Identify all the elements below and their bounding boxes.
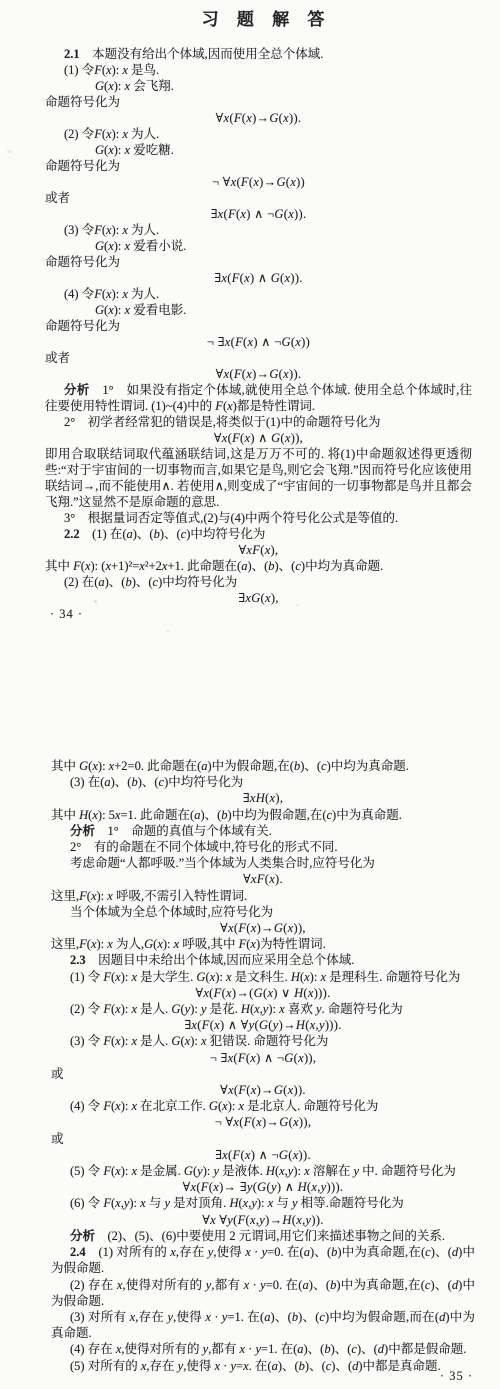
page-number-35: · 35 · <box>440 1369 473 1384</box>
formula-line: ¬ ∀x(F(x)→G(x)), <box>51 1114 475 1130</box>
text-line: (3) 令F(x): x 为人. <box>45 222 472 238</box>
text-line: (3) 对所有 x,存在 y,使得 x · y=1. 在(a)、(b)、(c)中… <box>51 1309 475 1341</box>
formula-line: ¬ ∀x(F(x)→G(x)) <box>45 174 472 190</box>
page-gap <box>0 634 500 758</box>
page-35-text-block: 其中 G(x): x+2=0. 此命题在(a)中为假命题,在(b)、(c)中均为… <box>51 758 475 1374</box>
bold-label: 分析 <box>70 824 95 838</box>
text-line: 命题符号化为 <box>45 158 472 174</box>
page-34: 习 题 解 答 2.1 本题没有给出个体域,因而使用全总个体域.(1) 令F(x… <box>0 0 500 634</box>
text-line: (1) 令F(x): x 是鸟. <box>45 62 472 78</box>
text-line: (5) 对所有的 x,存在 y,使得 x · y=x. 在(a)、(b)、(c)… <box>51 1358 475 1374</box>
text-line: G(x): x 会飞翔. <box>45 78 472 94</box>
scan-artifact <box>94 600 97 603</box>
text-line: G(x): x 爱看小说. <box>45 238 472 254</box>
text-line: 或 <box>51 1131 475 1147</box>
formula-line: ¬ ∃x(F(x) ∧ ¬G(x)) <box>45 334 472 350</box>
text-line: 命题符号化为 <box>45 254 472 270</box>
text-line: 2° 有的命题在不同个体域中,符号化的形式不同. <box>51 839 475 855</box>
formula-line: ∀xF(x). <box>51 871 475 887</box>
bold-label: 2.3 <box>70 953 86 967</box>
formula-line: ¬ ∃x(F(x) ∧ ¬G(x)), <box>51 1050 475 1066</box>
bold-label: 分析 <box>64 383 90 397</box>
text-line: 其中 G(x): x+2=0. 此命题在(a)中为假命题,在(b)、(c)中均为… <box>51 758 475 774</box>
formula-line: ∀x(F(x) ∧ G(x)), <box>45 430 472 446</box>
text-line: (1) 令 F(x): x 是大学生. G(x): x 是文科生. H(x): … <box>51 969 475 985</box>
text-line: 2.3 因题目中未给出个体域,因而应采用全总个体域. <box>51 952 475 968</box>
text-line: 或 <box>51 1066 475 1082</box>
page-35: 其中 G(x): x+2=0. 此命题在(a)中为假命题,在(b)、(c)中均为… <box>0 758 500 1389</box>
text-line: 3° 根据量词否定等值式,(2)与(4)中两个符号化公式是等值的. <box>45 510 472 526</box>
scan-artifact <box>166 630 170 632</box>
text-line: 其中 F(x): (x+1)²=x²+2x+1. 此命题在(a)、(b)、(c)… <box>45 558 472 574</box>
formula-line: ∃xH(x), <box>51 790 475 806</box>
text-line: 考虑命题“人都呼吸.”当个体域为人类集合时,应符号化为 <box>51 855 475 871</box>
formula-line: ∀x(F(x)→G(x)). <box>45 366 472 382</box>
text-line: 分析 1° 命题的真值与个体域有关. <box>51 823 475 839</box>
formula-line: ∀xF(x), <box>45 542 472 558</box>
scanned-textbook-page: { "document": { "title": "习 题 解 答", "pag… <box>0 0 500 1389</box>
formula-line: ∃x(F(x) ∧ ¬G(x)). <box>45 206 472 222</box>
page-title: 习 题 解 答 <box>53 10 480 30</box>
formula-line: ∀x ∀y(F(x,y)→H(x,y)). <box>51 1212 475 1228</box>
text-line: (3) 在(a)、(b)、(c)中均符号化为 <box>51 774 475 790</box>
page-34-text-block: 2.1 本题没有给出个体域,因而使用全总个体域.(1) 令F(x): x 是鸟.… <box>45 46 472 606</box>
text-line: (3) 令 F(x): x 是人. G(x): x 犯错误. 命题符号化为 <box>51 1033 475 1049</box>
text-line: 2° 初学者经常犯的错误是,将类似于(1)中的命题符号化为 <box>45 414 472 430</box>
formula-line: ∃x(F(x) ∧ ¬G(x)). <box>51 1147 475 1163</box>
text-line: 2.2 (1) 在(a)、(b)、(c)中均符号化为 <box>45 526 472 542</box>
text-line: (6) 令 F(x,y): x 与 y 是对顶角. H(x,y): x 与 y … <box>51 1195 475 1211</box>
formula-line: ∀x(F(x)→G(x)). <box>45 110 472 126</box>
text-line: 即用合取联结词取代蕴涵联结词,这是万万不可的. 将(1)中命题叙述得更透彻些:“… <box>45 446 472 510</box>
formula-line: ∀x(F(x)→ ∃y(G(y) ∧ H(x,y))). <box>51 1179 475 1195</box>
text-line: 或者 <box>45 190 472 206</box>
formula-line: ∀x(F(x)→G(x)). <box>51 1082 475 1098</box>
bold-label: 2.4 <box>70 1245 86 1259</box>
text-line: (4) 存在 x,使得对所有的 y,都有 x · y=1. 在(a)、(b)、(… <box>51 1341 475 1357</box>
text-line: (2) 令F(x): x 为人. <box>45 126 472 142</box>
text-line: 这里,F(x): x 呼吸,不需引入特性谓词. <box>51 888 475 904</box>
text-line: 分析 (2)、(5)、(6)中要使用 2 元谓词,用它们来描述事物之间的关系. <box>51 1228 475 1244</box>
text-line: (2) 在(a)、(b)、(c)中均符号化为 <box>45 574 472 590</box>
text-line: 其中 H(x): 5x=1. 此命题在(a)、(b)中均为假命题,在(c)中为真… <box>51 807 475 823</box>
text-line: (2) 令 F(x): x 是人. G(y): y 是花. H(x,y): x … <box>51 1001 475 1017</box>
formula-line: ∀x(F(x)→(G(x) ∨ H(x))). <box>51 985 475 1001</box>
text-line: G(x): x 爱看电影. <box>45 302 472 318</box>
text-line: 这里,F(x): x 为人,G(x): x 呼吸,其中 F(x)为特性谓词. <box>51 936 475 952</box>
text-line: 2.4 (1) 对所有的 x,存在 y,使得 x · y=0. 在(a)、(b)… <box>51 1244 475 1276</box>
bold-label: 2.2 <box>64 527 80 541</box>
text-line: G(x): x 爱吃糖. <box>45 142 472 158</box>
formula-line: ∀x(F(x)→G(x)), <box>51 920 475 936</box>
text-line: (4) 令 F(x): x 在北京工作. G(x): x 是北京人. 命题符号化… <box>51 1098 475 1114</box>
scan-artifact <box>7 150 12 153</box>
text-line: (5) 令 F(x): x 是金属. G(y): y 是液体. H(x,y): … <box>51 1163 475 1179</box>
text-line: (2) 存在 x,使得对所有的 y,都有 x · y=0. 在(a)、(b)中为… <box>51 1277 475 1309</box>
formula-line: ∃x(F(x) ∧ G(x)). <box>45 270 472 286</box>
scan-artifact <box>296 604 299 606</box>
text-line: 命题符号化为 <box>45 94 472 110</box>
formula-line: ∃x(F(x) ∧ ∀y(G(y)→H(x,y))). <box>51 1017 475 1033</box>
bold-label: 2.1 <box>64 47 80 61</box>
text-line: 2.1 本题没有给出个体域,因而使用全总个体域. <box>45 46 472 62</box>
text-line: 当个体域为全总个体域时,应符号化为 <box>51 904 475 920</box>
text-line: 分析 1° 如果没有指定个体域,就使用全总个体域. 使用全总个体域时,往往要使用… <box>45 382 472 414</box>
text-line: 命题符号化为 <box>45 318 472 334</box>
page-number-34: · 34 · <box>50 607 83 622</box>
formula-line: ∃xG(x), <box>45 590 472 606</box>
bold-label: 分析 <box>70 1229 95 1243</box>
text-line: 或者 <box>45 350 472 366</box>
text-line: (4) 令F(x): x 为人. <box>45 286 472 302</box>
